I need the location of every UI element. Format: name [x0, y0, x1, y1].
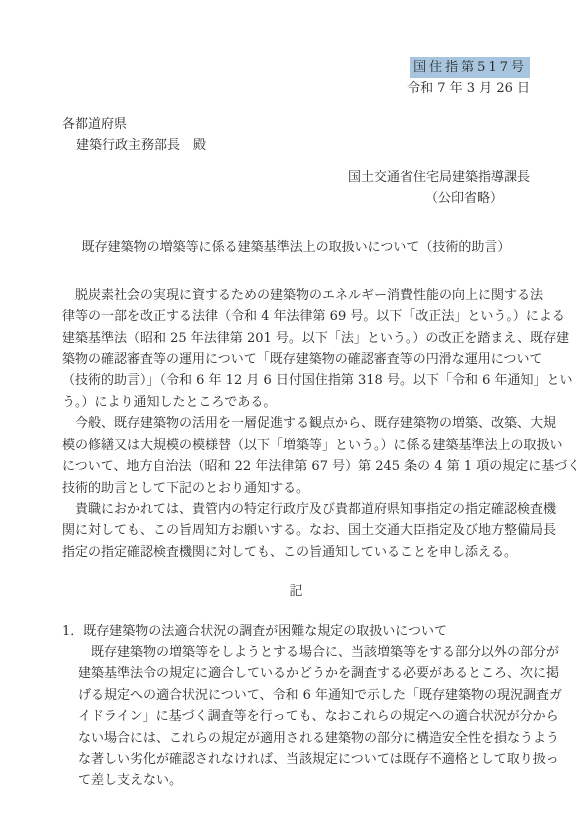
text-line: 模の修繕又は大規模の模様替（以下「増築等」という。）に係る建築基準法上の取扱い	[62, 435, 530, 456]
paragraph-1: 脱炭素社会の実現に資するための建築物のエネルギー消費性能の向上に関する法律等の一…	[62, 285, 530, 413]
ki-marker: 記	[62, 581, 530, 602]
text-line: 関に対しても、この旨周知方お願いする。なお、国土交通大臣指定及び地方整備局長	[62, 520, 530, 541]
text-line: 建築基準法令の規定に適合しているかどうかを調査する必要があるところ、次に掲	[78, 663, 530, 684]
addressee-director: 建築行政主務部長 殿	[62, 135, 530, 156]
text-line: う。）により通知したところである。	[62, 392, 530, 413]
text-line: 築物の確認審査等の運用について「既存建築物の確認審査等の円滑な運用について	[62, 349, 530, 370]
text-line: 脱炭素社会の実現に資するための建築物のエネルギー消費性能の向上に関する法	[62, 285, 530, 306]
text-line: げる規定への適合状況について、令和 6 年通知で示した「既存建築物の現況調査ガ	[78, 685, 530, 706]
sender-title: 国土交通省住宅局建築指導課長	[62, 167, 530, 188]
text-line: ない場合には、これらの規定が適用される建築物の部分に構造安全性を損なうよう	[78, 728, 530, 749]
section1-heading: 1．既存建築物の法適合状況の調査が困難な規定の取扱いについて	[62, 621, 530, 642]
text-line: 律等の一部を改正する法律（令和 4 年法律第 69 号。以下「改正法」という。）…	[62, 306, 530, 327]
doc-number: 国住指第517号	[410, 57, 530, 78]
text-line: 建築基準法（昭和 25 年法律第 201 号。以下「法」という。）の改正を踏まえ…	[62, 328, 530, 349]
sender-block: 国土交通省住宅局建築指導課長 （公印省略）	[62, 167, 530, 210]
document-page: 国住指第517号 令和 7 年 3 月 26 日 各都道府県 建築行政主務部長 …	[0, 0, 579, 828]
seal-omitted-note: （公印省略）	[62, 188, 530, 209]
text-line: について、地方自治法（昭和 22 年法律第 67 号）第 245 条の 4 第 …	[62, 456, 530, 477]
paragraph-2: 今般、既存建築物の活用を一層促進する観点から、既存建築物の増築、改築、大規模の修…	[62, 413, 530, 499]
text-line: 貴職におかれては、貴管内の特定行政庁及び貴都道府県知事指定の指定確認検査機	[62, 499, 530, 520]
text-line: 技術的助言として下記のとおり通知する。	[62, 478, 530, 499]
doc-date: 令和 7 年 3 月 26 日	[62, 78, 530, 99]
text-line: （技術的助言）」（令和 6 年 12 月 6 日付国住指第 318 号。以下「令…	[62, 370, 530, 391]
addressee-prefectures: 各都道府県	[62, 114, 530, 135]
text-line: 既存建築物の増築等をしようとする場合に、当該増築等をする部分以外の部分が	[78, 642, 530, 663]
addressee-block: 各都道府県 建築行政主務部長 殿	[62, 114, 530, 157]
text-line: て差し支えない。	[78, 770, 530, 791]
text-line: な著しい劣化が確認されなければ、当該規定については既存不適格として取り扱っ	[78, 749, 530, 770]
paragraph-3: 貴職におかれては、貴管内の特定行政庁及び貴都道府県知事指定の指定確認検査機関に対…	[62, 499, 530, 563]
text-line: 今般、既存建築物の活用を一層促進する観点から、既存建築物の増築、改築、大規	[62, 413, 530, 434]
text-line: イドライン」に基づく調査等を行っても、なおこれらの規定への適合状況が分から	[78, 706, 530, 727]
doc-number-row: 国住指第517号	[62, 57, 530, 78]
text-line: 指定の指定確認検査機関に対しても、この旨通知していることを申し添える。	[62, 542, 530, 563]
document-title: 既存建築物の増築等に係る建築基準法上の取扱いについて（技術的助言）	[62, 237, 530, 258]
section1-body: 既存建築物の増築等をしようとする場合に、当該増築等をする部分以外の部分が建築基準…	[78, 642, 530, 792]
